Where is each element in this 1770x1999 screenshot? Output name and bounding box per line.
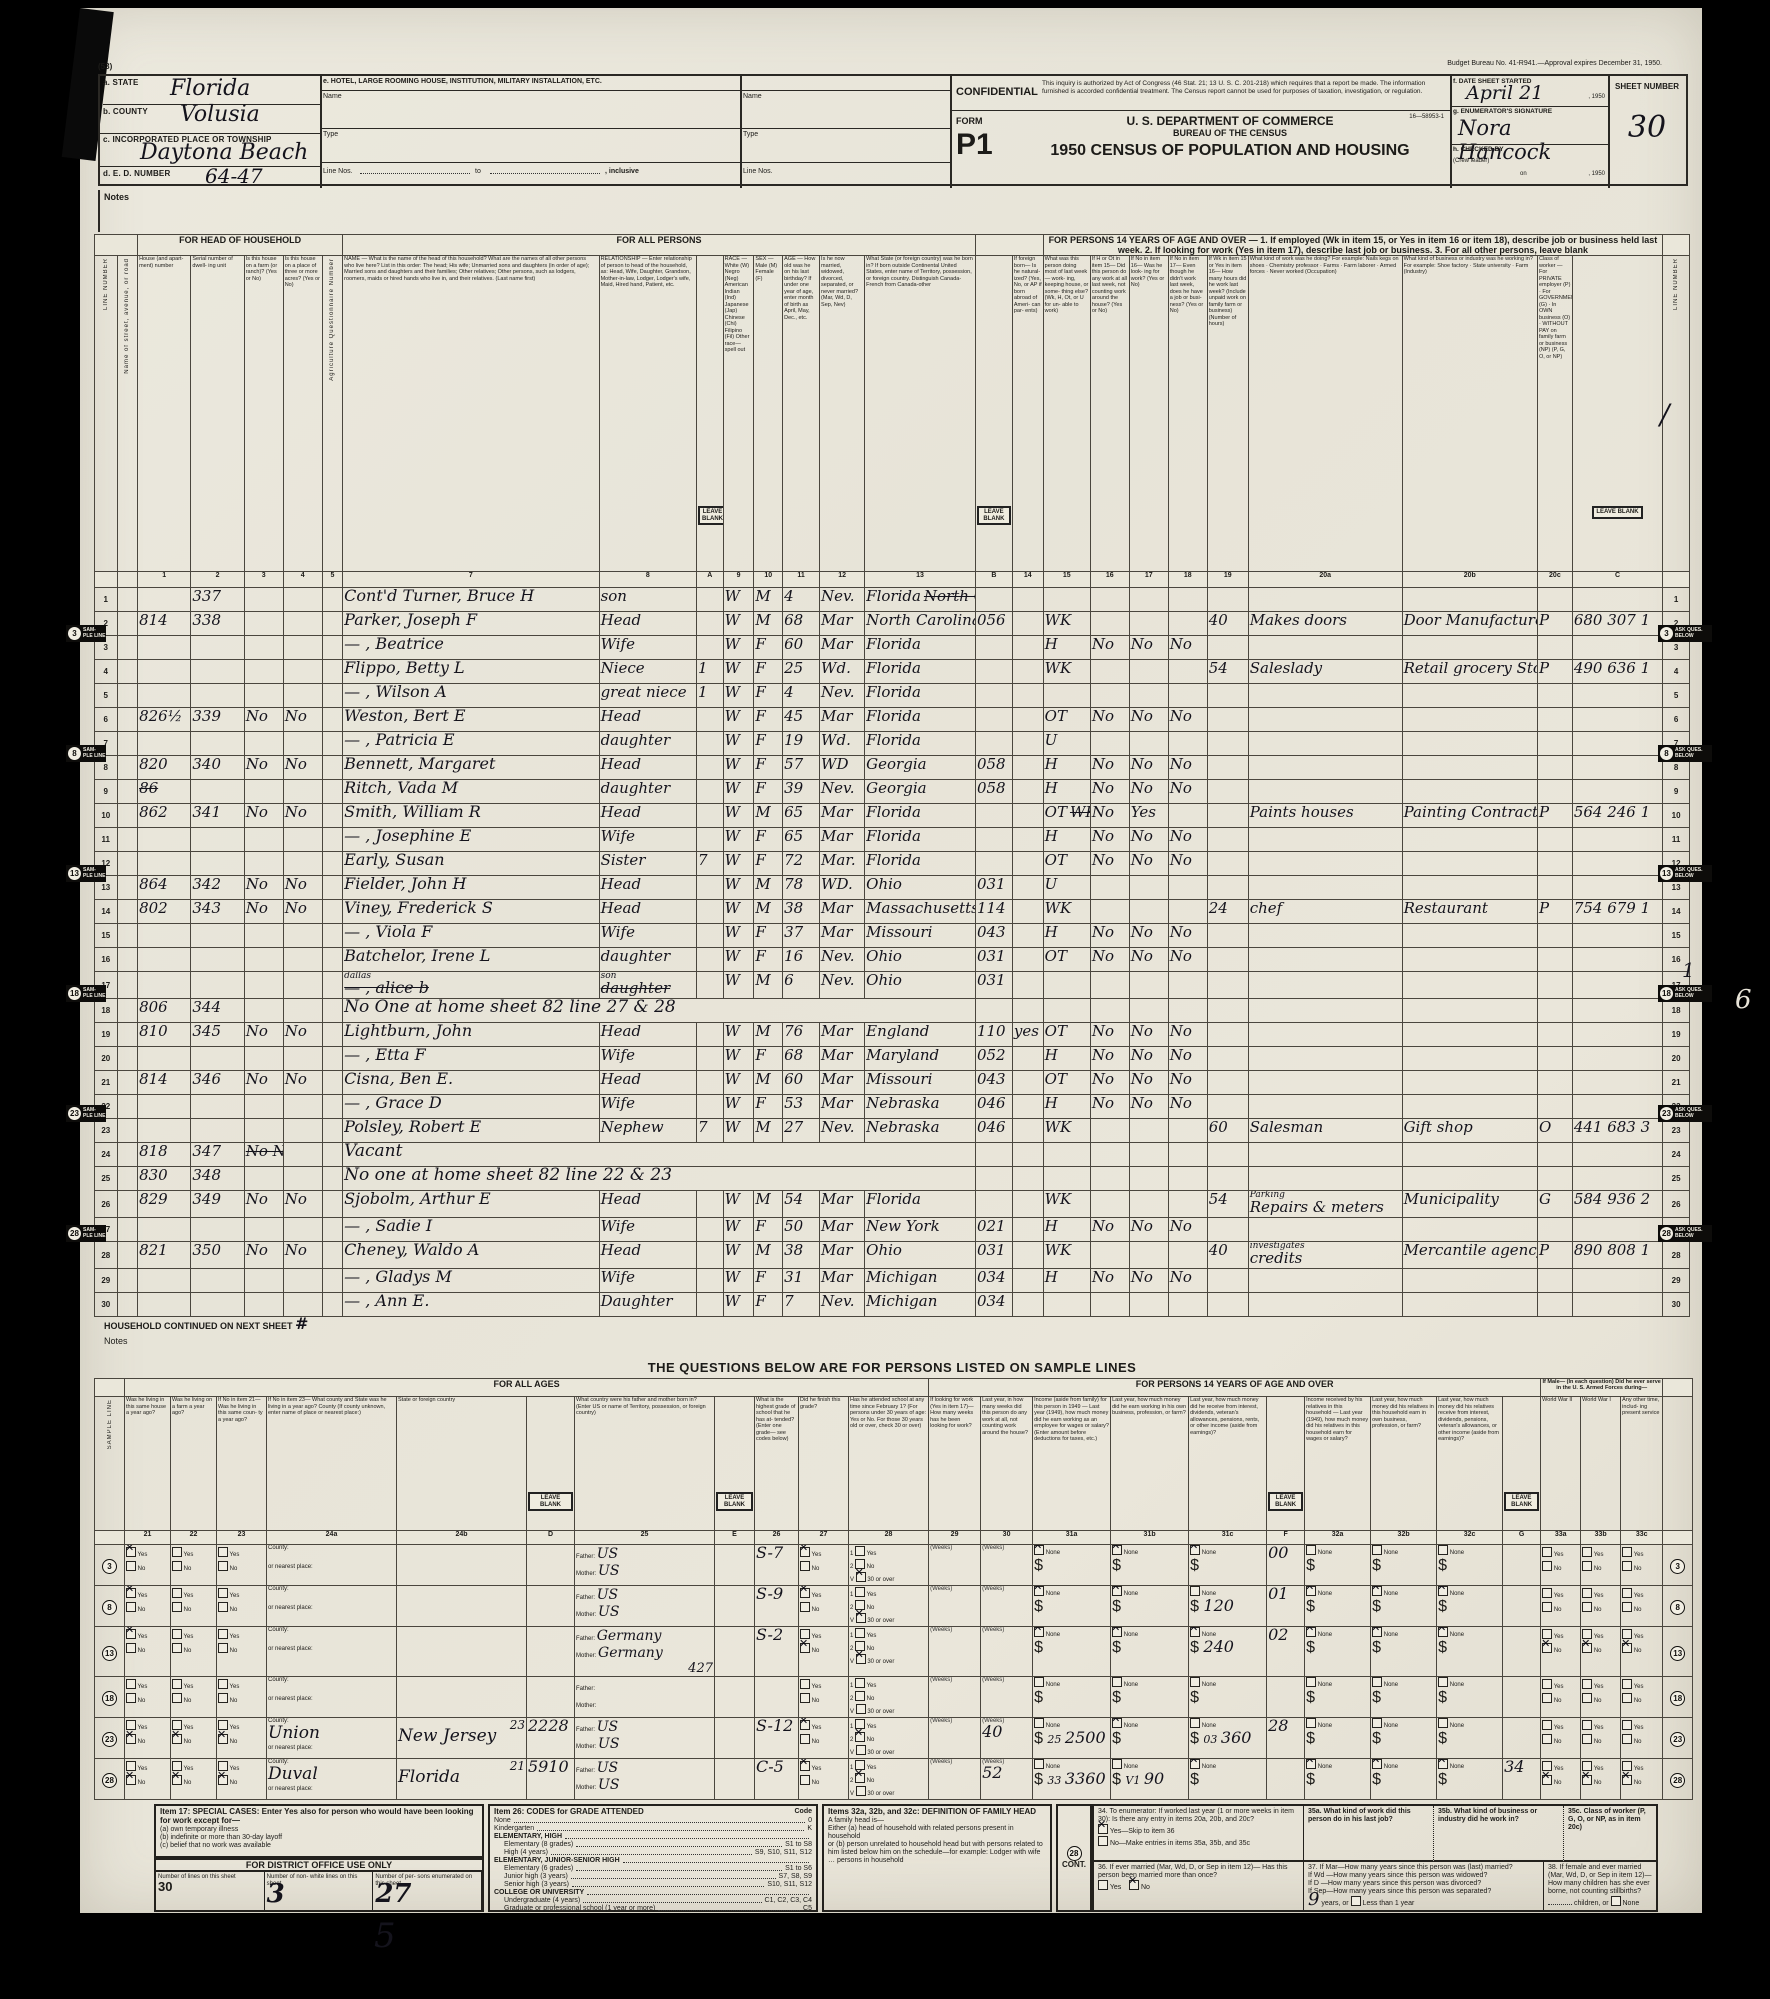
none-checkbox xyxy=(1372,1545,1382,1555)
birth-value: Florida xyxy=(866,828,921,846)
item37-years-value: 9 xyxy=(1308,1889,1319,1910)
cell-b: 043 xyxy=(975,924,1012,948)
none-checkbox xyxy=(1438,1627,1448,1637)
none-checkbox xyxy=(1372,1677,1382,1687)
mother-birthplace: US xyxy=(598,1604,619,1620)
grade-code-row: Senior high (3 years)S10, S11, S12 xyxy=(494,1881,812,1889)
birth-value: Florida xyxy=(866,660,921,678)
cell-ln: 16 xyxy=(95,948,118,972)
cell-nat xyxy=(1012,1191,1043,1218)
serial-value: 345 xyxy=(192,1023,221,1041)
grade-code-row: Elementary (8 grades)S1 to S8 xyxy=(494,1841,812,1849)
cell-name: — , Ann E. xyxy=(343,1293,599,1317)
serial-value: 349 xyxy=(192,1191,221,1209)
none-checkbox xyxy=(1190,1718,1200,1728)
w15-value: H xyxy=(1045,780,1058,798)
cell-w16 xyxy=(1090,1191,1129,1218)
age-value: 39 xyxy=(784,780,803,798)
sample-cell-i31a: None$ xyxy=(1033,1627,1111,1677)
sample-cell-q22: Yes No xyxy=(171,1759,217,1800)
column-label-11: AGE — How old was he on his last birthda… xyxy=(783,256,820,572)
income-value: 90 xyxy=(1144,1769,1164,1788)
rel-value: Wife xyxy=(601,1269,635,1287)
cell-sex: F xyxy=(754,1095,783,1119)
cell-c xyxy=(1572,972,1662,999)
w17-value: No xyxy=(1131,780,1153,798)
cell-street xyxy=(117,804,138,828)
cell-hrs: 40 xyxy=(1207,1242,1248,1269)
sample-cell-q21: Yes No xyxy=(125,1677,171,1718)
sample-cell-sln: 13 xyxy=(95,1627,125,1677)
cell-occ xyxy=(1248,1293,1402,1317)
cell-serial xyxy=(191,852,244,876)
cell-serial xyxy=(191,1293,244,1317)
grade-code-row: Graduate or professional school (1 year … xyxy=(494,1905,812,1913)
sample-cell-i31b: None$ xyxy=(1111,1545,1189,1586)
column-label-13: What State (or foreign country) was he b… xyxy=(865,256,976,572)
no-checkbox xyxy=(126,1693,136,1703)
cell-nat xyxy=(1012,612,1043,636)
mar-value: Nev. xyxy=(821,1119,854,1137)
sample-cell-i31a: None$ xyxy=(1033,1545,1111,1586)
cell-acres: No xyxy=(283,900,322,924)
cell-ind: Retail grocery Store xyxy=(1402,660,1537,684)
sample-cell-q22: Yes No xyxy=(171,1677,217,1718)
b-value: 031 xyxy=(977,876,1006,894)
cell-serial xyxy=(191,660,244,684)
cell-w15: H xyxy=(1043,780,1090,804)
mar-value: Mar xyxy=(821,900,852,918)
sample-cell-w30: (Weeks) xyxy=(981,1586,1033,1627)
cell-nat xyxy=(1012,924,1043,948)
cell-w18 xyxy=(1168,1242,1207,1269)
column-number-rln xyxy=(1663,572,1690,588)
column-number-14: 14 xyxy=(1012,572,1043,588)
cell-serial xyxy=(191,972,244,999)
sample-cell-i31c: None$ 120 xyxy=(1189,1586,1267,1627)
sample-cell-q22: Yes No xyxy=(171,1627,217,1677)
w18-value: No xyxy=(1170,948,1192,966)
sample-cell-i33c: Yes No xyxy=(1621,1586,1663,1627)
cell-c xyxy=(1572,999,1662,1023)
cell-serial xyxy=(191,732,244,756)
rel-value: great niece xyxy=(601,684,687,702)
cell-aq xyxy=(322,636,343,660)
cell-farm: No xyxy=(244,1071,283,1095)
birth-value: Florida xyxy=(866,708,921,726)
cell-aq xyxy=(322,1242,343,1269)
v-checkbox xyxy=(856,1654,866,1664)
cell-house xyxy=(138,1047,191,1071)
w15-value: H xyxy=(1045,636,1058,654)
cell-rel: Wife xyxy=(599,1269,696,1293)
cell-hrs xyxy=(1207,924,1248,948)
cell-occ xyxy=(1248,1218,1402,1242)
sample-cell-d xyxy=(527,1586,575,1627)
cell-b: 046 xyxy=(975,1119,1012,1143)
cell-acres xyxy=(283,1293,322,1317)
census-title: 1950 CENSUS OF POPULATION AND HOUSING xyxy=(1020,142,1440,160)
mar-value: Mar xyxy=(821,1023,852,1041)
acres-value: No xyxy=(285,1191,307,1209)
cell-w18: No xyxy=(1168,852,1207,876)
cell-rln: 5 xyxy=(1663,684,1690,708)
cell-c xyxy=(1572,1047,1662,1071)
cell-aq xyxy=(322,1218,343,1242)
cell-hrs xyxy=(1207,756,1248,780)
cell-w17: No xyxy=(1129,852,1168,876)
column-label-7: NAME — What is the name of the head of t… xyxy=(343,256,599,572)
mar-value: Mar. xyxy=(821,852,856,870)
grade-code-row: COLLEGE OR UNIVERSITY xyxy=(494,1889,812,1897)
farm-value: No N xyxy=(246,1143,283,1161)
sex-value: M xyxy=(755,612,770,630)
w17-value: No xyxy=(1131,756,1153,774)
column-label-20c: Class of worker — For PRIVATE employer (… xyxy=(1537,256,1572,572)
sex-value: F xyxy=(755,756,765,774)
inclusive-label: , inclusive xyxy=(605,168,639,175)
cell-nat xyxy=(1012,852,1043,876)
cell-farm: No xyxy=(244,876,283,900)
no-checkbox xyxy=(1542,1643,1552,1653)
cell-house xyxy=(138,828,191,852)
no-checkbox xyxy=(1622,1602,1632,1612)
sample-col-label-33c: Any other time, includ- ing present serv… xyxy=(1621,1397,1663,1531)
cell-w16 xyxy=(1090,876,1129,900)
sample-cell-i33b: Yes No xyxy=(1581,1627,1621,1677)
sample-cell-i33b: Yes No xyxy=(1581,1759,1621,1800)
cell-a xyxy=(697,612,724,636)
sample-cell-e xyxy=(715,1759,755,1800)
cell-aq xyxy=(322,1071,343,1095)
house-value: 810 xyxy=(139,1023,168,1041)
table-row: 28821350NoNoCheney, Waldo AHeadWM38MarOh… xyxy=(95,1242,1690,1269)
cell-w16: No xyxy=(1090,924,1129,948)
sheet-number-value: 30 xyxy=(1608,110,1686,145)
cell-ind xyxy=(1402,732,1537,756)
name-value: Cisna, Ben E. xyxy=(344,1071,453,1089)
mar-value: Mar xyxy=(821,1242,852,1260)
cell-rln: 25 xyxy=(1663,1167,1690,1191)
cell-ln: 10 xyxy=(95,804,118,828)
cell-hrs xyxy=(1207,1071,1248,1095)
farm-value: No xyxy=(246,1023,268,1041)
ind-value: Retail grocery Store xyxy=(1404,660,1538,678)
cell-birth: Ohio xyxy=(865,876,976,900)
sample-cell-i33b: Yes No xyxy=(1581,1677,1621,1718)
cell-c xyxy=(1572,948,1662,972)
race-value: W xyxy=(725,732,740,750)
cell-w16: No xyxy=(1090,780,1129,804)
cell-rln: 9 xyxy=(1663,780,1690,804)
cell-house xyxy=(138,1293,191,1317)
yes-checkbox xyxy=(800,1547,810,1557)
name-value: — , Viola F xyxy=(344,924,432,942)
sample-cell-w29: (Weeks) xyxy=(929,1759,981,1800)
cell-c: 680 307 1 xyxy=(1572,612,1662,636)
sample-col-number-32b: 32b xyxy=(1371,1531,1437,1545)
cell-hrs xyxy=(1207,1167,1248,1191)
cell-farm xyxy=(244,612,283,636)
sample-cell-q27: Yes No xyxy=(799,1718,849,1759)
cell-race: W xyxy=(723,852,754,876)
sample-col-label-33a: World War II xyxy=(1541,1397,1581,1531)
no-checkbox xyxy=(172,1561,182,1571)
sample-cell-e xyxy=(715,1586,755,1627)
cell-race: W xyxy=(723,900,754,924)
cell-age: 57 xyxy=(783,756,820,780)
cell-a xyxy=(697,1293,724,1317)
cell-rel: Head xyxy=(599,612,696,636)
cell-birth: Florida xyxy=(865,852,976,876)
cell-a xyxy=(697,828,724,852)
cell-ind xyxy=(1402,828,1537,852)
age-value: 25 xyxy=(784,660,803,678)
mar-value: WD. xyxy=(821,876,853,894)
cell-aq xyxy=(322,876,343,900)
w17-value: No xyxy=(1131,948,1153,966)
sample-cell-grade xyxy=(755,1677,799,1718)
cell-cls xyxy=(1537,1023,1572,1047)
rel-value: Head xyxy=(601,1071,642,1089)
cell-acres xyxy=(283,999,322,1023)
cell-w17: No xyxy=(1129,1071,1168,1095)
none-checkbox xyxy=(1034,1759,1044,1769)
item38-blank-label: children, or xyxy=(1574,1900,1609,1907)
sex-value: F xyxy=(755,1095,765,1113)
sample-cell-f: 02 xyxy=(1267,1627,1305,1677)
c-value: 584 936 2 xyxy=(1574,1191,1650,1209)
cell-w17 xyxy=(1129,684,1168,708)
cell-name: Cheney, Waldo A xyxy=(343,1242,599,1269)
cell-b: 043 xyxy=(975,1071,1012,1095)
cell-acres xyxy=(283,1218,322,1242)
no-checkbox xyxy=(800,1775,810,1785)
w17-value: No xyxy=(1131,1047,1153,1065)
cell-w18 xyxy=(1168,732,1207,756)
yes-checkbox xyxy=(800,1679,810,1689)
cell-sex: M xyxy=(754,876,783,900)
name-value: Fielder, John H xyxy=(344,876,466,894)
population-grid: FOR HEAD OF HOUSEHOLDFOR ALL PERSONSFOR … xyxy=(94,234,1690,1317)
cell-race: W xyxy=(723,1293,754,1317)
cell-cls xyxy=(1537,972,1572,999)
age-value: 53 xyxy=(784,1095,803,1113)
cell-age: 78 xyxy=(783,876,820,900)
cell-b xyxy=(975,804,1012,828)
sample-col-label-30: Last year, in how many weeks did this pe… xyxy=(981,1397,1033,1531)
no-checkbox xyxy=(1542,1775,1552,1785)
rel-value: Wife xyxy=(601,924,635,942)
age-value: 65 xyxy=(784,804,803,822)
cell-aq xyxy=(322,924,343,948)
cell-rel: daughter xyxy=(599,732,696,756)
sample-cell-w30: (Weeks) xyxy=(981,1545,1033,1586)
cell-hrs xyxy=(1207,1095,1248,1119)
farm-value: No xyxy=(246,876,268,894)
cell-cls xyxy=(1537,756,1572,780)
birth-value: Florida xyxy=(866,588,921,606)
cell-ind xyxy=(1402,876,1537,900)
age-value: 65 xyxy=(784,828,803,846)
state-value: New Jersey xyxy=(398,1728,496,1745)
cell-sex: F xyxy=(754,852,783,876)
confidential-label: CONFIDENTIAL xyxy=(956,86,1038,98)
yes-checkbox xyxy=(855,1587,865,1597)
table-row: 5— , Wilson Agreat niece1WF4Nev.Florida5 xyxy=(95,684,1690,708)
cell-sex: F xyxy=(754,828,783,852)
cell-age: 7 xyxy=(783,1293,820,1317)
cell-sex: F xyxy=(754,948,783,972)
no-checkbox xyxy=(1582,1643,1592,1653)
race-value: W xyxy=(725,1242,740,1260)
cell-farm xyxy=(244,660,283,684)
column-label-19: If Wk in item 15 or Yes in item 16— How … xyxy=(1207,256,1248,572)
yes-checkbox xyxy=(172,1629,182,1639)
cell-ind xyxy=(1402,1095,1537,1119)
farm-value: No xyxy=(246,900,268,918)
column-label-9: RACE — White (W) Negro (Neg) American In… xyxy=(723,256,754,572)
cell-a xyxy=(697,756,724,780)
cell-age: 60 xyxy=(783,636,820,660)
cell-w16 xyxy=(1090,732,1129,756)
cell-w17: No xyxy=(1129,780,1168,804)
sample-cell-f: 28 xyxy=(1267,1718,1305,1759)
mar-value: Nev. xyxy=(821,972,854,990)
definition-line: A family head is— xyxy=(828,1817,1046,1825)
cell-ln: 6 xyxy=(95,708,118,732)
sample-cell-w30: (Weeks)52 xyxy=(981,1759,1033,1800)
name-value: — , Grace D xyxy=(344,1095,442,1113)
column-number-2: 2 xyxy=(191,572,244,588)
cell-farm: No N xyxy=(244,1143,283,1167)
cell-street xyxy=(117,1047,138,1071)
cell-age: 54 xyxy=(783,1191,820,1218)
cell-rel: Wife xyxy=(599,1095,696,1119)
w16-value: No xyxy=(1092,924,1114,942)
cell-cls xyxy=(1537,828,1572,852)
sample-col-label-G: LEAVE BLANK xyxy=(1503,1397,1541,1531)
mar-value: Nev. xyxy=(821,588,854,606)
cell-race: W xyxy=(723,972,754,999)
ind-value: Door Manufacturer xyxy=(1404,612,1538,630)
cell-serial: 340 xyxy=(191,756,244,780)
cell-mar: Nev. xyxy=(820,1293,865,1317)
sample-line-badge: 28SAM- PLE LINE xyxy=(66,1225,106,1242)
w18-value: No xyxy=(1170,780,1192,798)
cell-ind xyxy=(1402,588,1537,612)
cell-cls: P xyxy=(1537,1242,1572,1269)
w16-value: No xyxy=(1092,1071,1114,1089)
yes-checkbox xyxy=(1542,1679,1552,1689)
cell-serial: 349 xyxy=(191,1191,244,1218)
yes-checkbox xyxy=(218,1679,228,1689)
cell-name: Early, Susan xyxy=(343,852,599,876)
cell-rel: Head xyxy=(599,900,696,924)
cell-w15: WK xyxy=(1043,1119,1090,1143)
w17-value: Yes xyxy=(1131,804,1156,822)
cell-c xyxy=(1572,636,1662,660)
census-form-scan: Budget Bureau No. 41-R941.—Approval expi… xyxy=(80,8,1702,1913)
column-number-ln xyxy=(95,572,118,588)
f-value: 28 xyxy=(1268,1718,1288,1736)
serial-value: 347 xyxy=(192,1143,221,1161)
cell-sex: M xyxy=(754,1023,783,1047)
cell-nat xyxy=(1012,660,1043,684)
cell-w17: No xyxy=(1129,636,1168,660)
cell-acres: No xyxy=(283,876,322,900)
serial-value: 348 xyxy=(192,1167,221,1185)
cell-farm xyxy=(244,1269,283,1293)
cell-serial: 344 xyxy=(191,999,244,1023)
acres-value: No xyxy=(285,1023,307,1041)
cell-name: Cisna, Ben E. xyxy=(343,1071,599,1095)
sample-line-badge: 8SAM- PLE LINE xyxy=(66,745,106,762)
cell-span-note: No One at home sheet 82 line 27 & 28 xyxy=(343,999,976,1023)
yes-checkbox xyxy=(218,1547,228,1557)
no-checkbox xyxy=(855,1773,865,1783)
cell-occ xyxy=(1248,948,1402,972)
cell-age: 76 xyxy=(783,1023,820,1047)
cell-hrs xyxy=(1207,1218,1248,1242)
item34-no-label: No—Make entries in items 35a, 35b, and 3… xyxy=(1110,1840,1250,1847)
cell-w16: No xyxy=(1090,948,1129,972)
cell-occ xyxy=(1248,999,1402,1023)
no-checkbox xyxy=(1622,1693,1632,1703)
cell-nat xyxy=(1012,1269,1043,1293)
sample-cell-i31c: None$ xyxy=(1189,1545,1267,1586)
race-value: W xyxy=(725,1071,740,1089)
cell-w15: WK xyxy=(1043,1242,1090,1269)
cell-house xyxy=(138,660,191,684)
state-value: Florida xyxy=(170,76,250,101)
cell-hrs xyxy=(1207,1143,1248,1167)
sample-col-number-22: 22 xyxy=(171,1531,217,1545)
sample-cell-i32b: None$ xyxy=(1371,1545,1437,1586)
cell-cls: P xyxy=(1537,660,1572,684)
sample-cell-sln: 8 xyxy=(95,1586,125,1627)
none-checkbox xyxy=(1190,1759,1200,1769)
cell-mar: Mar xyxy=(820,1191,865,1218)
cell-w16: No xyxy=(1090,636,1129,660)
no-checkbox xyxy=(1582,1693,1592,1703)
cell-street xyxy=(117,1167,138,1191)
notes-label: Notes xyxy=(104,192,129,202)
no-checkbox xyxy=(1622,1734,1632,1744)
cell-mar: Mar xyxy=(820,924,865,948)
cell-b: 021 xyxy=(975,1218,1012,1242)
sample-col-label-31c: Last year, how much money did he receive… xyxy=(1189,1397,1267,1531)
line-number-circle: 13 xyxy=(1670,1646,1685,1661)
cell-hrs xyxy=(1207,708,1248,732)
cell-c: 890 808 1 xyxy=(1572,1242,1662,1269)
cell-b: 034 xyxy=(975,1293,1012,1317)
cell-w17 xyxy=(1129,660,1168,684)
w15-value: H xyxy=(1045,1047,1058,1065)
line-nos-label: Line Nos. xyxy=(323,168,353,175)
cell-rel: Head xyxy=(599,1023,696,1047)
cell-w15 xyxy=(1043,972,1090,999)
cell-occ xyxy=(1248,1167,1402,1191)
cell-farm xyxy=(244,636,283,660)
sample-row: 28 Yes No Yes No Yes NoCounty:Duvalor ne… xyxy=(95,1759,1693,1800)
none-checkbox xyxy=(1112,1586,1122,1596)
house-value: 814 xyxy=(139,1071,168,1089)
column-number-5: 5 xyxy=(322,572,343,588)
cell-occ xyxy=(1248,732,1402,756)
rel-value: Head xyxy=(601,756,642,774)
w18-value: No xyxy=(1170,1218,1192,1236)
